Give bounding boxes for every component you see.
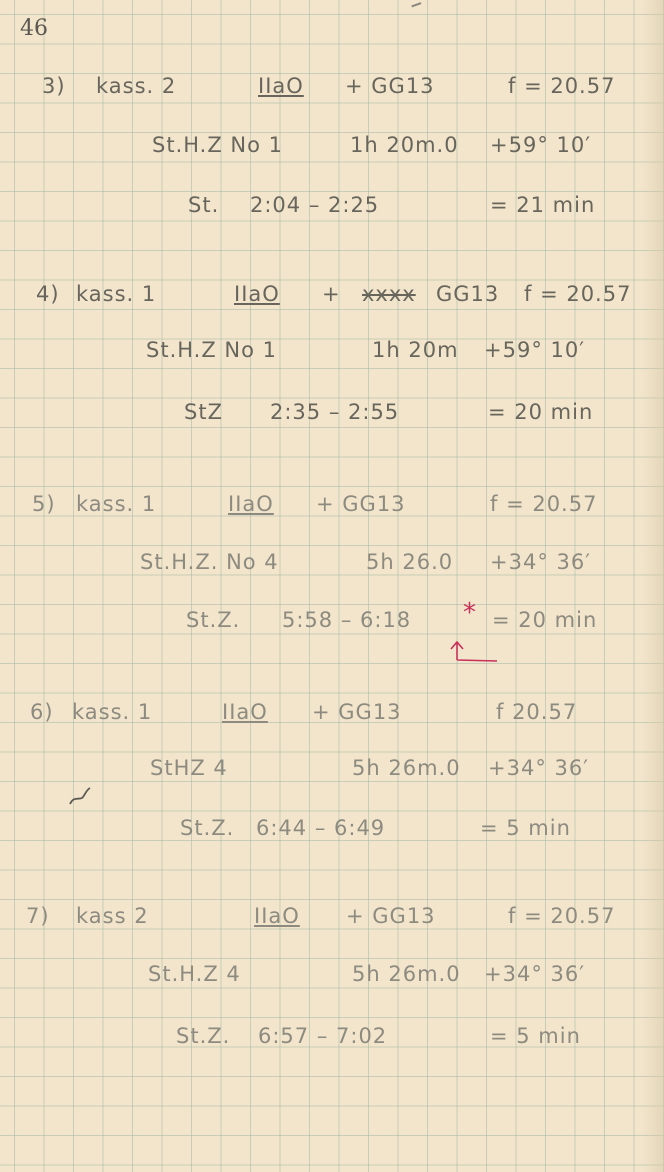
plate-type: IIaO <box>254 904 300 928</box>
star-coordinates: St.H.Z No 1 1h 20m.0 +59° 10′ <box>0 133 664 163</box>
duration: = 20 min <box>492 608 597 632</box>
duration: = 5 min <box>490 1024 581 1048</box>
star-coordinates: St.H.Z No 1 1h 20m +59° 10′ <box>0 338 664 368</box>
entry-index: 7) <box>26 904 50 928</box>
entry-index: 3) <box>42 74 66 98</box>
star-label: St.H.Z No 1 <box>146 338 277 362</box>
page-edge-shadow <box>642 0 664 1172</box>
exposure-time: StZ 2:35 – 2:55 = 20 min <box>0 400 664 430</box>
time-label: St.Z. <box>180 816 234 840</box>
exposure-time: St.Z. 5:58 – 6:18 = 20 min <box>0 608 664 638</box>
filter: + GG13 <box>346 904 436 928</box>
cassette: kass. 1 <box>72 700 152 724</box>
declination: +34° 36′ <box>484 962 585 986</box>
entry-index: 4) <box>36 282 60 306</box>
filter: + GG13 <box>345 74 435 98</box>
red-arrow-icon <box>447 640 499 662</box>
focal-length: f 20.57 <box>496 700 577 724</box>
time-range: 2:04 – 2:25 <box>250 193 379 217</box>
entry-index: 5) <box>32 492 56 516</box>
right-ascension: 5h 26.0 <box>366 550 453 574</box>
declination: +59° 10′ <box>484 338 585 362</box>
plate-type: IIaO <box>234 282 280 306</box>
exposure-time: St. 2:04 – 2:25 = 21 min <box>0 193 664 223</box>
filter: + GG13 <box>312 700 402 724</box>
cassette: kass. 1 <box>76 492 156 516</box>
struck-out-text: xxxx <box>362 282 416 306</box>
star-label: St.H.Z 4 <box>148 962 241 986</box>
entry-header: 3) kass. 2 IIaO + GG13 f = 20.57 <box>0 74 664 104</box>
exposure-time: St.Z. 6:44 – 6:49 = 5 min <box>0 816 664 846</box>
page-number: 46 <box>20 16 48 41</box>
right-ascension: 1h 20m <box>372 338 459 362</box>
time-range: 6:44 – 6:49 <box>256 816 385 840</box>
time-range: 6:57 – 7:02 <box>258 1024 387 1048</box>
entry-header: 4) kass. 1 IIaO + xxxx GG13 f = 20.57 <box>0 282 664 312</box>
star-label: St.H.Z. No 4 <box>140 550 279 574</box>
star-label: StHZ 4 <box>150 756 228 780</box>
cassette: kass 2 <box>76 904 149 928</box>
time-label: St. <box>188 193 219 217</box>
focal-length: f = 20.57 <box>524 282 631 306</box>
filter: + GG13 <box>316 492 406 516</box>
filter-plus: + <box>322 282 341 306</box>
duration: = 20 min <box>488 400 593 424</box>
focal-length: f = 20.57 <box>508 74 615 98</box>
red-asterisk-annotation: * <box>463 598 476 628</box>
right-ascension: 1h 20m.0 <box>350 133 459 157</box>
star-coordinates: St.H.Z. No 4 5h 26.0 +34° 36′ <box>0 550 664 580</box>
plate-type: IIaO <box>228 492 274 516</box>
focal-length: f = 20.57 <box>490 492 597 516</box>
time-label: StZ <box>184 400 223 424</box>
declination: +59° 10′ <box>490 133 591 157</box>
entry-header: 7) kass 2 IIaO + GG13 f = 20.57 <box>0 904 664 934</box>
duration: = 5 min <box>480 816 571 840</box>
time-label: St.Z. <box>176 1024 230 1048</box>
cassette: kass. 2 <box>96 74 176 98</box>
right-ascension: 5h 26m.0 <box>352 756 461 780</box>
margin-squiggle-mark <box>68 786 96 806</box>
cassette: kass. 1 <box>76 282 156 306</box>
star-coordinates: StHZ 4 5h 26m.0 +34° 36′ <box>0 756 664 786</box>
plate-type: IIaO <box>222 700 268 724</box>
entry-index: 6) <box>30 700 54 724</box>
top-pencil-mark <box>409 0 422 7</box>
time-range: 5:58 – 6:18 <box>282 608 411 632</box>
entry-header: 6) kass. 1 IIaO + GG13 f 20.57 <box>0 700 664 730</box>
declination: +34° 36′ <box>488 756 589 780</box>
star-label: St.H.Z No 1 <box>152 133 283 157</box>
time-label: St.Z. <box>186 608 240 632</box>
star-coordinates: St.H.Z 4 5h 26m.0 +34° 36′ <box>0 962 664 992</box>
exposure-time: St.Z. 6:57 – 7:02 = 5 min <box>0 1024 664 1054</box>
focal-length: f = 20.57 <box>508 904 615 928</box>
filter: GG13 <box>436 282 499 306</box>
time-range: 2:35 – 2:55 <box>270 400 399 424</box>
duration: = 21 min <box>490 193 595 217</box>
plate-type: IIaO <box>258 74 304 98</box>
right-ascension: 5h 26m.0 <box>352 962 461 986</box>
declination: +34° 36′ <box>490 550 591 574</box>
entry-header: 5) kass. 1 IIaO + GG13 f = 20.57 <box>0 492 664 522</box>
